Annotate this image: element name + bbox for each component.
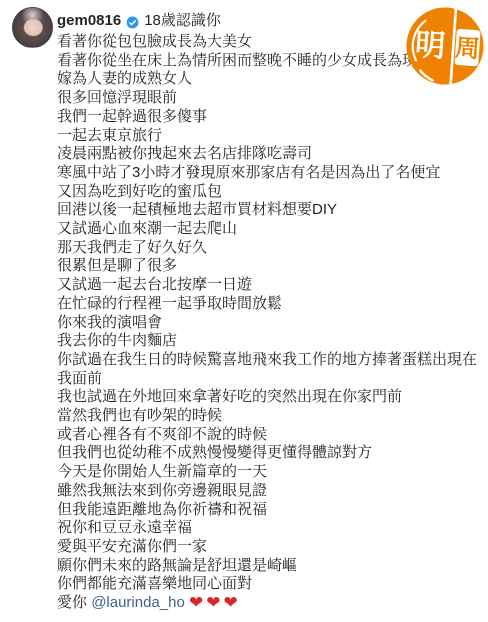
footer-prefix-text: 愛你 bbox=[57, 594, 87, 611]
verified-badge-icon bbox=[126, 15, 139, 28]
caption-line: 很多回憶浮現眼前 bbox=[57, 89, 485, 108]
caption-line: 我們一起幹過很多傻事 bbox=[57, 108, 485, 127]
instagram-post: gem0816 18歲認識你 看著你從包包臉成長為大美女 看著你從坐在床上為情所… bbox=[0, 0, 488, 622]
caption-line: 但我能遠距離地為你祈禱和祝福 bbox=[57, 501, 485, 520]
caption-line: 愛與平安充滿你們一家 bbox=[57, 538, 485, 557]
caption-line: 又因為吃到好吃的蜜瓜包 bbox=[57, 183, 485, 202]
caption-footer-line: 愛你 @laurinda_ho ❤❤❤ bbox=[57, 594, 485, 613]
heart-icons: ❤❤❤ bbox=[189, 593, 241, 612]
caption-line: 今天是你開始人生新篇章的一天 bbox=[57, 463, 485, 482]
mingpao-watermark-logo: 明 周 bbox=[404, 5, 486, 87]
caption-line: 凌晨兩點被你拽起來去名店排隊吃壽司 bbox=[57, 145, 485, 164]
logo-right-char: 周 bbox=[454, 33, 481, 64]
caption-line: 一起去東京旅行 bbox=[57, 127, 485, 146]
caption-line: 我去你的牛肉麵店 bbox=[57, 332, 485, 351]
caption-line: 但我們也從幼稚不成熟慢慢變得更懂得體諒對方 bbox=[57, 444, 485, 463]
username[interactable]: gem0816 bbox=[57, 11, 121, 30]
caption-line: 或者心裡各有不爽卻不說的時候 bbox=[57, 426, 485, 445]
caption-line: 又試過心血來潮一起去爬山 bbox=[57, 220, 485, 239]
header-status-text: 18歲認識你 bbox=[144, 11, 221, 30]
mention-link[interactable]: @laurinda_ho bbox=[91, 594, 185, 611]
caption-line: 願你們未來的路無論是舒坦還是崎嶇 bbox=[57, 557, 485, 576]
caption-line: 那天我們走了好久好久 bbox=[57, 239, 485, 258]
caption-line: 你們都能充滿喜樂地同心面對 bbox=[57, 575, 485, 594]
caption-line: 在忙碌的行程裡一起爭取時間放鬆 bbox=[57, 295, 485, 314]
avatar[interactable] bbox=[12, 7, 53, 48]
caption-line: 當然我們也有吵架的時候 bbox=[57, 407, 485, 426]
post-content: gem0816 18歲認識你 看著你從包包臉成長為大美女 看著你從坐在床上為情所… bbox=[57, 11, 485, 613]
caption-line: 寒風中站了3小時才發現原來那家店有名是因為出了名便宜 bbox=[57, 164, 485, 183]
caption-line: 回港以後一起積極地去超市買材料想要DIY bbox=[57, 201, 485, 220]
caption: 看著你從包包臉成長為大美女 看著你從坐在床上為情所困而整晚不睡的少女成長為現在已… bbox=[57, 33, 485, 613]
caption-line: 又試過一起去台北按摩一日遊 bbox=[57, 276, 485, 295]
logo-left-char: 明 bbox=[414, 28, 447, 65]
caption-line: 你試過在我生日的時候驚喜地飛來我工作的地方捧著蛋糕出現在 bbox=[57, 351, 485, 370]
caption-line: 我也試過在外地回來拿著好吃的突然出現在你家門前 bbox=[57, 388, 485, 407]
caption-line: 你來我的演唱會 bbox=[57, 314, 485, 333]
caption-line: 很累但是聊了很多 bbox=[57, 257, 485, 276]
caption-line: 我面前 bbox=[57, 370, 485, 389]
caption-line: 祝你和豆豆永遠幸福 bbox=[57, 519, 485, 538]
caption-line: 雖然我無法來到你旁邊親眼見證 bbox=[57, 482, 485, 501]
